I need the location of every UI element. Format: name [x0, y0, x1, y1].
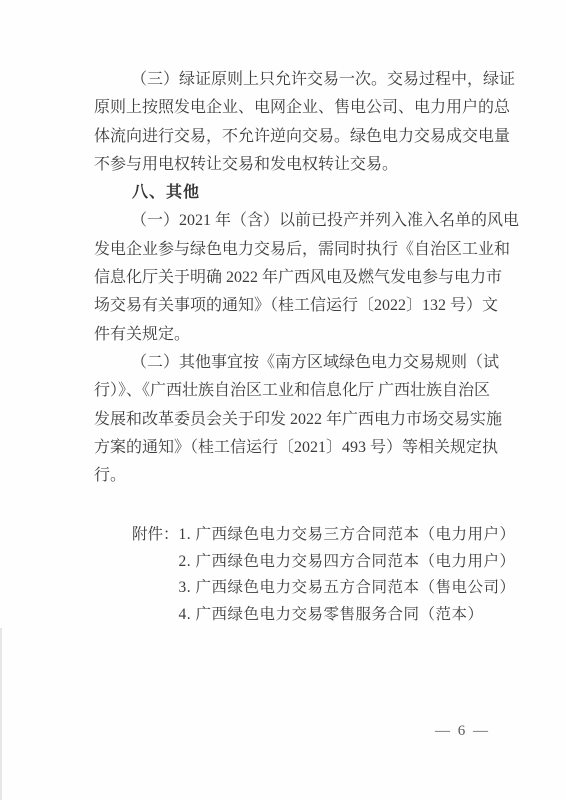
scan-edge-artifact — [0, 628, 2, 800]
paragraph1-line: 体流向进行交易，不允许逆向交易。绿色电力交易成交电量 — [94, 123, 480, 151]
paragraph2-line: 件有关规定。 — [94, 321, 480, 349]
paragraph1-line: （三）绿证原则上只允许交易一次。交易过程中，绿证 — [94, 66, 480, 94]
attachments-list: 1. 广西绿色电力交易三方合同范本（电力用户） 2. 广西绿色电力交易四方合同范… — [179, 522, 516, 628]
paragraph3-line: 方案的通知》（桂工信运行〔2021〕493 号）等相关规定执 — [94, 434, 480, 462]
paragraph2-line: 发电企业参与绿色电力交易后，需同时执行《自治区工业和 — [94, 236, 480, 264]
paragraph3-line: 行）》、《广西壮族自治区工业和信息化厅 广西壮族自治区 — [94, 377, 480, 405]
attachments-block: 附件： 1. 广西绿色电力交易三方合同范本（电力用户） 2. 广西绿色电力交易四… — [132, 522, 516, 628]
paragraph2-line: 信息化厅关于明确 2022 年广西风电及燃气发电参与电力市 — [94, 264, 480, 292]
page-number: — 6 — — [435, 721, 490, 741]
attachment-item: 3. 广西绿色电力交易五方合同范本（售电公司） — [179, 575, 516, 602]
document-body-text: （三）绿证原则上只允许交易一次。交易过程中，绿证 原则上按照发电企业、电网企业、… — [94, 66, 480, 490]
paragraph3-line: 发展和改革委员会关于印发 2022 年广西电力市场交易实施 — [94, 406, 480, 434]
paragraph1-line: 原则上按照发电企业、电网企业、售电公司、电力用户的总 — [94, 94, 480, 122]
scanned-document-page: （三）绿证原则上只允许交易一次。交易过程中，绿证 原则上按照发电企业、电网企业、… — [0, 0, 566, 800]
attachment-item: 1. 广西绿色电力交易三方合同范本（电力用户） — [179, 522, 516, 549]
paragraph2-line: 场交易有关事项的通知》（桂工信运行〔2022〕132 号）文 — [94, 292, 480, 320]
paragraph1-line: 不参与用电权转让交易和发电权转让交易。 — [94, 151, 480, 179]
paragraph2-line: （一）2021 年（含）以前已投产并列入准入名单的风电 — [94, 207, 480, 235]
attachment-item: 4. 广西绿色电力交易零售服务合同（范本） — [179, 602, 516, 629]
section-heading: 八、其他 — [94, 179, 480, 207]
attachment-item: 2. 广西绿色电力交易四方合同范本（电力用户） — [179, 549, 516, 576]
attachments-label: 附件： — [132, 522, 179, 628]
paragraph3-line: 行。 — [94, 462, 480, 490]
paragraph3-line: （二）其他事宜按《南方区域绿色电力交易规则（试 — [94, 349, 480, 377]
